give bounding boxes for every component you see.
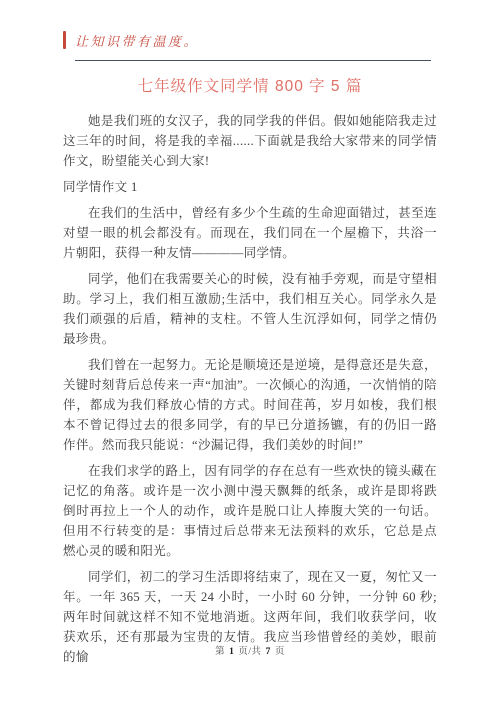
header: 让知识带有温度。 — [63, 30, 437, 50]
current-page-number: 1 — [229, 647, 234, 657]
section-1-label: 同学情作文 1 — [63, 177, 437, 197]
document-body: 她是我们班的女汉子，我的同学我的伴侣。假如她能陪我走过这三年的时间，将是我的幸福… — [63, 111, 437, 667]
header-slogan: 让知识带有温度。 — [75, 31, 199, 50]
document-page: 让知识带有温度。 七年级作文同学情 800 字 5 篇 她是我们班的女汉子，我的… — [0, 0, 500, 707]
paragraph-2: 同学，他们在我需要关心的时候，没有袖手旁观，而是守望相助。学习上，我们相互激励;… — [63, 269, 437, 349]
footer-page-prefix: 第 — [215, 643, 225, 657]
paragraph-1: 在我们的生活中，曾经有多少个生疏的生命迎面错过，甚至连对望一眼的机会都没有。而现… — [63, 203, 437, 263]
document-title: 七年级作文同学情 800 字 5 篇 — [63, 76, 437, 97]
header-divider — [75, 60, 431, 61]
paragraph-4: 在我们求学的路上，因有同学的存在总有一些欢快的镜头藏在记忆的角落。或许是一次小测… — [63, 461, 437, 561]
total-page-count: 7 — [266, 647, 271, 657]
page-footer: 第 1 页/共 7 页 — [0, 643, 500, 657]
footer-page-suffix: 页 — [275, 643, 285, 657]
footer-page-middle: 页/共 — [238, 643, 261, 657]
header-accent-bar-icon — [63, 31, 66, 49]
intro-paragraph: 她是我们班的女汉子，我的同学我的伴侣。假如她能陪我走过这三年的时间，将是我的幸福… — [63, 111, 437, 171]
paragraph-3: 我们曾在一起努力。无论是顺境还是逆境，是得意还是失意，关键时刻背后总传来一声“加… — [63, 355, 437, 455]
